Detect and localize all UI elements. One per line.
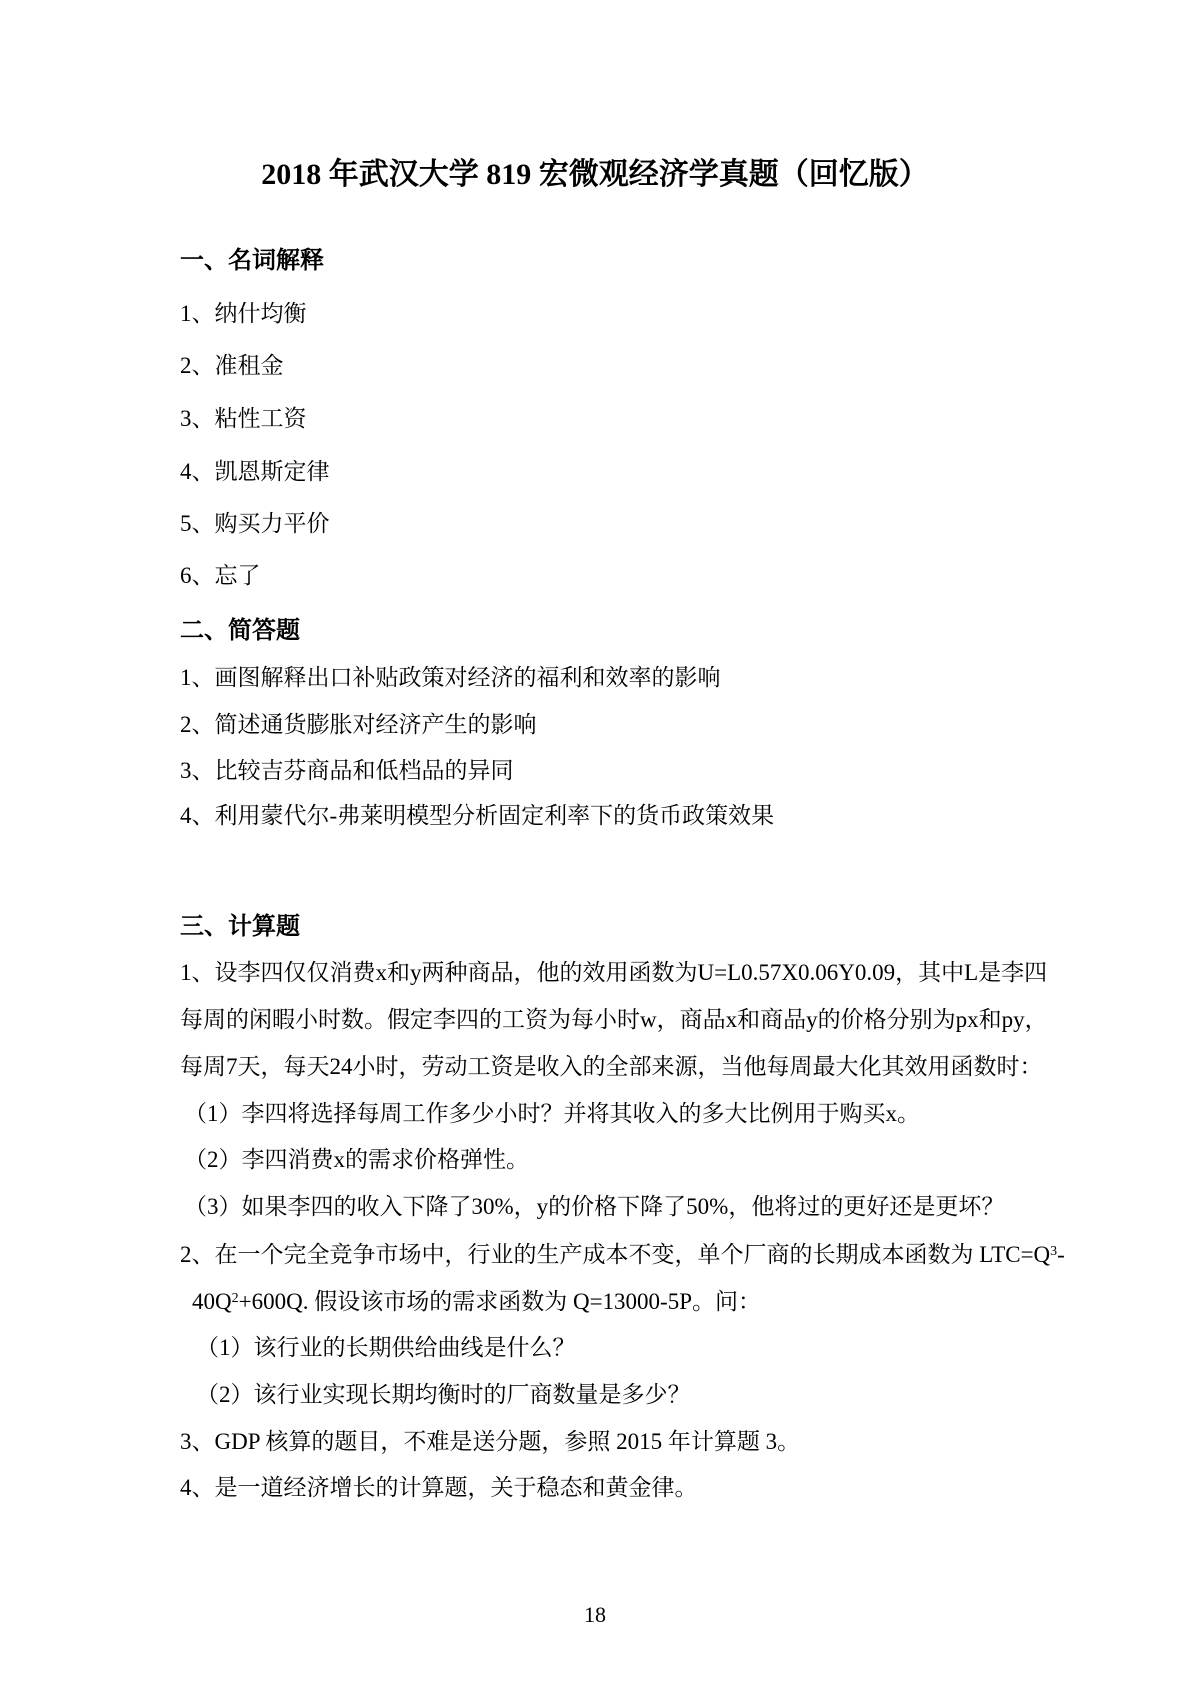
calc-problem1-line1: 1、设李四仅仅消费x和y两种商品，他的效用函数为U=L0.57X0.06Y0.0… xyxy=(180,959,1047,988)
calc-problem2-line1-text: 2、在一个完全竞争市场中，行业的生产成本不变，单个厂商的长期成本函数为 LTC=… xyxy=(180,1242,1050,1267)
calc-problem2-line1-tail: - xyxy=(1057,1242,1065,1267)
short-answer-item-3: 3、比较吉芬商品和低档品的异同 xyxy=(180,757,514,786)
calc-problem1-sub3: （3）如果李四的收入下降了30%，y的价格下降了50%，他将过的更好还是更坏？ xyxy=(184,1193,1004,1222)
document-page: 2018 年武汉大学 819 宏微观经济学真题（回忆版） 一、名词解释 1、纳什… xyxy=(0,0,1190,1683)
calc-problem2-line1: 2、在一个完全竞争市场中，行业的生产成本不变，单个厂商的长期成本函数为 LTC=… xyxy=(180,1241,1065,1270)
section1-heading: 一、名词解释 xyxy=(180,246,324,276)
section2-heading: 二、简答题 xyxy=(180,616,300,646)
term-item-4: 4、凯恩斯定律 xyxy=(180,458,330,487)
term-item-1: 1、纳什均衡 xyxy=(180,300,307,329)
calc-problem1-line3: 每周7天，每天24小时，劳动工资是收入的全部来源，当他每周最大化其效用函数时： xyxy=(180,1053,1043,1082)
short-answer-item-1: 1、画图解释出口补贴政策对经济的福利和效率的影响 xyxy=(180,664,721,693)
term-item-5: 5、购买力平价 xyxy=(180,510,330,539)
calc-problem1-line2: 每周的闲暇小时数。假定李四的工资为每小时w，商品x和商品y的价格分别为px和py… xyxy=(180,1006,1048,1035)
short-answer-item-4: 4、利用蒙代尔-弗莱明模型分析固定利率下的货币政策效果 xyxy=(180,802,774,831)
calc-problem2-line2-text: 40Q xyxy=(192,1289,232,1314)
calc-problem2-sub1: （1）该行业的长期供给曲线是什么？ xyxy=(196,1334,576,1363)
section3-heading: 三、计算题 xyxy=(180,912,300,942)
calc-problem2-sub2: （2）该行业实现长期均衡时的厂商数量是多少？ xyxy=(196,1381,691,1410)
short-answer-item-2: 2、简述通货膨胀对经济产生的影响 xyxy=(180,711,537,740)
calc-problem3: 3、GDP 核算的题目，不难是送分题，参照 2015 年计算题 3。 xyxy=(180,1428,800,1457)
term-item-2: 2、准租金 xyxy=(180,352,284,381)
calc-problem4: 4、是一道经济增长的计算题，关于稳态和黄金律。 xyxy=(180,1474,698,1503)
document-title: 2018 年武汉大学 819 宏微观经济学真题（回忆版） xyxy=(0,156,1190,194)
page-number: 18 xyxy=(0,1601,1190,1629)
calc-problem1-sub2: （2）李四消费x的需求价格弹性。 xyxy=(184,1146,529,1175)
calc-problem2-line2-exponent: 2 xyxy=(232,1291,239,1306)
term-item-3: 3、粘性工资 xyxy=(180,405,307,434)
calc-problem2-line2: 40Q2+600Q. 假设该市场的需求函数为 Q=13000-5P。问： xyxy=(192,1288,761,1317)
calc-problem1-sub1: （1）李四将选择每周工作多少小时？并将其收入的多大比例用于购买x。 xyxy=(184,1100,920,1129)
term-item-6: 6、忘了 xyxy=(180,562,261,591)
calc-problem2-line2-tail: +600Q. 假设该市场的需求函数为 Q=13000-5P。问： xyxy=(239,1289,761,1314)
